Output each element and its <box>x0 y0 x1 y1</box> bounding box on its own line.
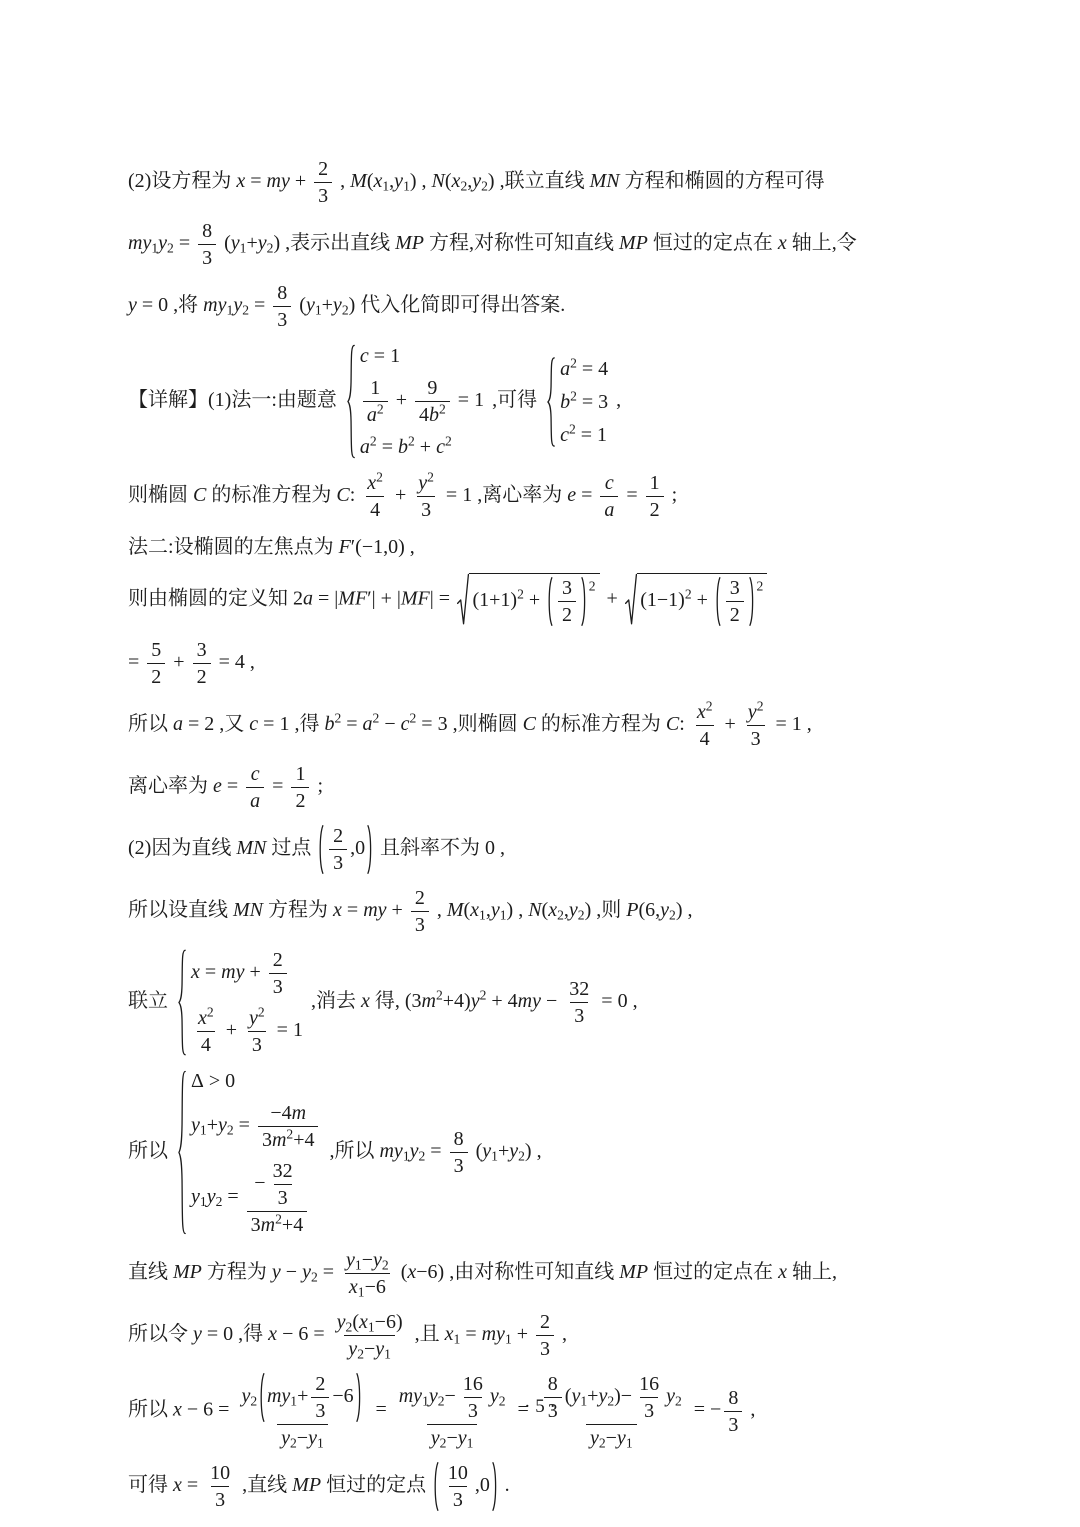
fraction: 23 <box>314 157 332 208</box>
subscript: 2 <box>242 302 249 317</box>
cases-row: y1y2 = −3233m2+4 <box>191 1159 310 1237</box>
fraction: x24 <box>693 700 717 751</box>
right-paren-icon <box>492 1461 499 1512</box>
fraction: 12 <box>291 762 309 813</box>
subscript: 1 <box>355 1257 362 1272</box>
superscript: 2 <box>436 988 443 1003</box>
fraction: 32 <box>193 638 211 689</box>
subscript: 2 <box>342 302 349 317</box>
math-line-13: 联立 x = my + 23x24 + y23 = 1 ,消去 x 得, (3m… <box>128 948 962 1057</box>
superscript: 2 <box>570 388 577 403</box>
right-paren-icon <box>581 576 588 627</box>
math-line-11: (2)因为直线 MN 过点 23,0 且斜率不为 0 , <box>128 824 962 875</box>
subscript: 2 <box>357 1346 364 1361</box>
subscript: 2 <box>311 1269 318 1284</box>
math-line-4: 【详解】(1)法一:由题意 c = 11a2 + 94b2 = 1a2 = b2… <box>128 343 962 460</box>
fraction: 23 <box>329 824 347 875</box>
superscript: 2 <box>376 470 383 485</box>
cases-row: 1a2 + 94b2 = 1 <box>360 376 484 427</box>
subscript: 1 <box>467 1435 474 1450</box>
subscript: 2 <box>481 178 488 193</box>
subscript: 2 <box>227 1122 234 1137</box>
paren-group: 32 <box>714 576 756 627</box>
superscript: 2 <box>439 402 446 417</box>
math-line-7: 则由椭圆的定义知 2a = |MF′| + |MF| = (1+1)2 + 32… <box>128 573 962 627</box>
subscript: 1 <box>505 1331 512 1346</box>
math-line-18: 可得 x = 103 ,直线 MP 恒过的定点 103,0 . <box>128 1461 962 1512</box>
fraction: 94b2 <box>415 376 450 427</box>
subscript: 1 <box>626 1435 633 1450</box>
square-root: (1−1)2 + 322 <box>625 573 767 627</box>
math-line-5: 则椭圆 C 的标准方程为 C: x24 + y23 = 1 ,离心率为 e = … <box>128 471 962 522</box>
fraction: y23 <box>744 700 768 751</box>
math-line-2: my1y2 = 83 (y1+y2) ,表示出直线 MP 方程,对称性可知直线 … <box>128 219 962 270</box>
subscript: 2 <box>599 1435 606 1450</box>
fraction: x24 <box>194 1006 218 1057</box>
subscript: 1 <box>200 1122 207 1137</box>
fraction: y23 <box>414 471 438 522</box>
right-paren-icon <box>749 576 756 627</box>
subscript: 2 <box>290 1435 297 1450</box>
fraction: 32 <box>726 576 744 627</box>
superscript: 2 <box>445 434 452 449</box>
subscript: 2 <box>669 907 676 922</box>
subscript: 1 <box>200 1194 207 1209</box>
square-root: (1+1)2 + 322 <box>457 573 599 627</box>
fraction: 32 <box>558 576 576 627</box>
curly-brace-icon <box>345 343 356 460</box>
subscript: 2 <box>167 240 174 255</box>
fraction: −3233m2+4 <box>247 1159 308 1237</box>
paren-group: 32 <box>546 576 588 627</box>
superscript: 2 <box>757 578 764 593</box>
math-line-1: (2)设方程为 x = my + 23 , M(x1,y1) , N(x2,y2… <box>128 157 962 208</box>
left-paren-icon <box>317 824 324 875</box>
cases-system: a2 = 4b2 = 3c2 = 1 <box>545 356 608 448</box>
fraction: 323 <box>269 1159 297 1210</box>
fraction: 52 <box>147 638 165 689</box>
subscript: 1 <box>479 907 486 922</box>
fraction: 23 <box>411 886 429 937</box>
superscript: 2 <box>275 1212 282 1227</box>
document-body: (2)设方程为 x = my + 23 , M(x1,y1) , N(x2,y2… <box>0 0 1080 1512</box>
superscript: 2 <box>370 434 377 449</box>
paren-group: 103,0 <box>432 1461 499 1512</box>
subscript: 2 <box>518 1148 525 1163</box>
cases-row: c2 = 1 <box>560 422 607 448</box>
math-line-3: y = 0 ,将 my1y2 = 83 (y1+y2) 代入化简即可得出答案. <box>128 281 962 332</box>
fraction: 12 <box>646 471 664 522</box>
fraction: 103 <box>444 1461 472 1512</box>
fraction: 103 <box>206 1461 234 1512</box>
subscript: 1 <box>403 178 410 193</box>
fraction: 83 <box>273 281 291 332</box>
math-line-15: 直线 MP 方程为 y − y2 = y1−y2x1−6 (x−6) ,由对称性… <box>128 1248 962 1299</box>
cases-row: x = my + 23 <box>191 948 290 999</box>
superscript: 2 <box>589 578 596 593</box>
superscript: 2 <box>685 587 692 602</box>
superscript: 2 <box>377 402 384 417</box>
math-line-14: 所以 Δ > 0y1+y2 = −4m3m2+4y1y2 = −3233m2+4… <box>128 1068 962 1237</box>
subscript: 1 <box>358 1284 365 1299</box>
superscript: 2 <box>517 587 524 602</box>
document-page: { "page": { "background": "#ffffff", "te… <box>0 0 1080 1527</box>
superscript: 2 <box>569 421 576 436</box>
cases-row: x24 + y23 = 1 <box>191 1006 303 1057</box>
superscript: 2 <box>757 699 764 714</box>
page-number: · 5 · <box>0 1396 1080 1418</box>
superscript: 2 <box>570 355 577 370</box>
fraction: ca <box>600 471 618 522</box>
subscript: 1 <box>384 1346 391 1361</box>
superscript: 2 <box>408 434 415 449</box>
subscript: 1 <box>403 1148 410 1163</box>
superscript: 2 <box>706 699 713 714</box>
fraction: y1−y2x1−6 <box>342 1248 393 1299</box>
cases-row: y1+y2 = −4m3m2+4 <box>191 1101 321 1152</box>
superscript: 2 <box>258 1005 265 1020</box>
subscript: 2 <box>382 1257 389 1272</box>
math-line-10: 离心率为 e = ca = 12 ; <box>128 762 962 813</box>
subscript: 1 <box>368 1319 375 1334</box>
fraction: 23 <box>269 948 287 999</box>
fraction: y23 <box>245 1006 269 1057</box>
curly-brace-icon <box>176 1068 187 1237</box>
left-paren-icon <box>546 576 553 627</box>
subscript: 2 <box>557 907 564 922</box>
subscript: 1 <box>315 302 322 317</box>
fraction: 23 <box>536 1310 554 1361</box>
subscript: 2 <box>578 907 585 922</box>
right-paren-icon <box>367 824 374 875</box>
curly-brace-icon <box>176 948 187 1057</box>
fraction: 83 <box>450 1127 468 1178</box>
subscript: 1 <box>491 1148 498 1163</box>
paren-group: 23,0 <box>317 824 374 875</box>
subscript: 1 <box>317 1435 324 1450</box>
fraction: ca <box>246 762 264 813</box>
math-line-8: = 52 + 32 = 4 , <box>128 638 962 689</box>
math-lines: (2)设方程为 x = my + 23 , M(x1,y1) , N(x2,y2… <box>128 157 962 1512</box>
fraction: 323 <box>565 977 593 1028</box>
left-paren-icon <box>714 576 721 627</box>
subscript: 1 <box>500 907 507 922</box>
math-line-16: 所以令 y = 0 ,得 x − 6 = y2(x1−6)y2−y1 ,且 x1… <box>128 1310 962 1361</box>
left-paren-icon <box>432 1461 439 1512</box>
math-line-12: 所以设直线 MN 方程为 x = my + 23 , M(x1,y1) , N(… <box>128 886 962 937</box>
fraction: 83 <box>198 219 216 270</box>
fraction: 1a2 <box>363 376 388 427</box>
cases-row: a2 = 4 <box>560 356 608 382</box>
fraction: y2(x1−6)y2−y1 <box>333 1310 407 1361</box>
radical-icon <box>457 573 469 627</box>
cases-system: x = my + 23x24 + y23 = 1 <box>176 948 303 1057</box>
cases-row: b2 = 3 <box>560 389 608 415</box>
fraction: x24 <box>363 471 387 522</box>
curly-brace-icon <box>545 356 556 448</box>
radical-icon <box>625 573 637 627</box>
math-line-9: 所以 a = 2 ,又 c = 1 ,得 b2 = a2 − c2 = 3 ,则… <box>128 700 962 751</box>
cases-system: Δ > 0y1+y2 = −4m3m2+4y1y2 = −3233m2+4 <box>176 1068 321 1237</box>
cases-system: c = 11a2 + 94b2 = 1a2 = b2 + c2 <box>345 343 484 460</box>
cases-row: c = 1 <box>360 343 400 369</box>
fraction: −4m3m2+4 <box>258 1101 319 1152</box>
math-line-6: 法二:设椭圆的左焦点为 F′(−1,0) , <box>128 533 962 562</box>
superscript: 2 <box>207 1005 214 1020</box>
cases-row: Δ > 0 <box>191 1068 235 1094</box>
superscript: 2 <box>427 470 434 485</box>
cases-row: a2 = b2 + c2 <box>360 434 452 460</box>
